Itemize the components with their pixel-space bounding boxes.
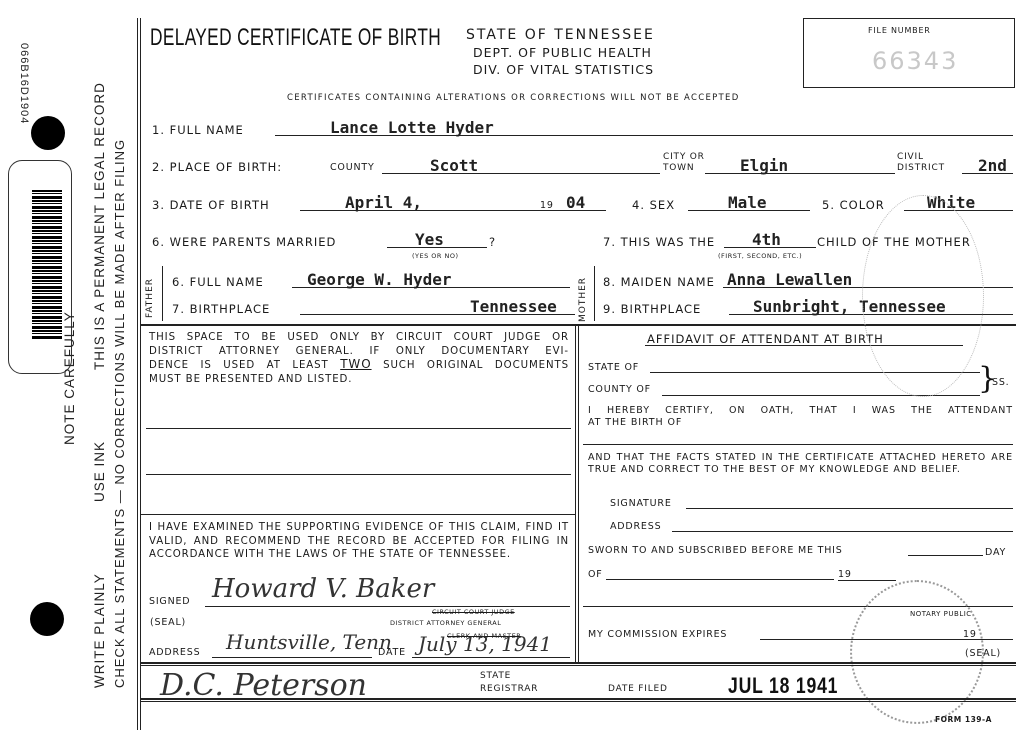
city-label-2: TOWN	[663, 163, 694, 173]
place-of-birth-label: 2. PLACE OF BIRTH:	[152, 160, 282, 174]
of-label: OF	[588, 569, 603, 580]
use-ink: USE INK	[92, 441, 107, 502]
county-value: Scott	[430, 156, 478, 175]
father-birthplace-label: 7. BIRTHPLACE	[172, 302, 270, 316]
court-instructions: THIS SPACE TO BE USED ONLY BY CIRCUIT CO…	[149, 331, 569, 386]
father-name-value: George W. Hyder	[307, 270, 452, 289]
judge-signature: Howard V. Baker	[212, 574, 434, 604]
notary-stamp	[850, 580, 984, 724]
mother-name-label: 8. MAIDEN NAME	[603, 275, 715, 289]
city-value: Elgin	[740, 156, 788, 175]
parents-married-label: 6. WERE PARENTS MARRIED	[152, 235, 336, 249]
seal-label: (SEAL)	[150, 617, 186, 628]
form-left-border-inner	[140, 18, 141, 730]
sex-label: 4. SEX	[632, 198, 675, 212]
child-order-label: 7. THIS WAS THE	[603, 235, 715, 249]
barcode	[32, 190, 62, 340]
mother-side-label: MOTHER	[578, 277, 588, 322]
day-label: DAY	[985, 547, 1006, 558]
div-title: DIV. OF VITAL STATISTICS	[473, 62, 654, 77]
father-name-label: 6. FULL NAME	[172, 275, 264, 289]
no-corrections-notice: CHECK ALL STATEMENTS — NO CORRECTIONS WI…	[112, 139, 127, 688]
permanent-record-notice: THIS IS A PERMANENT LEGAL RECORD	[92, 82, 107, 370]
date-of-birth-value: April 4,	[345, 193, 422, 212]
district-label-1: CIVIL	[897, 152, 924, 162]
court-date-value: July 13, 1941	[418, 632, 552, 656]
court-date-label: DATE	[378, 647, 406, 658]
affidavit-signature-label: SIGNATURE	[610, 498, 672, 509]
commission-label: MY COMMISSION EXPIRES	[588, 629, 727, 640]
affidavit-title: AFFIDAVIT OF ATTENDANT AT BIRTH	[647, 332, 884, 346]
parents-married-value: Yes	[415, 230, 444, 249]
affidavit-state-label: STATE OF	[588, 362, 639, 373]
sworn-label: SWORN TO AND SUBSCRIBED BEFORE ME THIS	[588, 545, 843, 556]
affidavit-address-label: ADDRESS	[610, 521, 661, 532]
father-side-label: FATHER	[145, 278, 155, 318]
mother-birthplace-label: 9. BIRTHPLACE	[603, 302, 701, 316]
file-number-value: 66343	[872, 47, 958, 75]
mother-name-value: Anna Lewallen	[727, 270, 852, 289]
full-name-label: 1. FULL NAME	[152, 123, 244, 137]
affidavit-county-label: COUNTY OF	[588, 384, 651, 395]
court-section-right-border	[575, 326, 576, 662]
district-value: 2nd	[978, 156, 1007, 175]
district-label-2: DISTRICT	[897, 163, 945, 173]
file-number-label: FILE NUMBER	[868, 26, 931, 35]
state-registrar-label-1: STATE	[480, 671, 511, 681]
court-address-label: ADDRESS	[149, 647, 200, 658]
affidavit-certify-2: AT THE BIRTH OF	[588, 416, 1013, 430]
form-left-border	[137, 18, 138, 730]
punch-hole-top	[31, 116, 65, 150]
title-district-attorney: DISTRICT ATTORNEY GENERAL	[390, 619, 501, 627]
court-examined-statement: I HAVE EXAMINED THE SUPPORTING EVIDENCE …	[149, 521, 569, 562]
certificate-title: DELAYED CERTIFICATE OF BIRTH	[150, 24, 441, 52]
form-number: FORM 139-A	[935, 715, 992, 724]
year-value: 04	[566, 193, 585, 212]
date-of-birth-label: 3. DATE OF BIRTH	[152, 198, 270, 212]
child-order-hint: (FIRST, SECOND, ETC.)	[718, 252, 802, 260]
parents-married-hint: (YES OR NO)	[412, 252, 459, 260]
title-circuit-court-judge: CIRCUIT COURT JUDGE	[432, 608, 515, 616]
color-label: 5. COLOR	[822, 198, 885, 212]
dept-title: DEPT. OF PUBLIC HEALTH	[473, 45, 652, 60]
affidavit-facts: AND THAT THE FACTS STATED IN THE CERTIFI…	[588, 452, 1013, 476]
father-birthplace-value: Tennessee	[470, 297, 557, 316]
alterations-notice: CERTIFICATES CONTAINING ALTERATIONS OR C…	[287, 93, 740, 103]
registrar-stamp	[862, 195, 984, 397]
barcode-number: 066B16D1904	[18, 43, 30, 124]
write-plainly: WRITE PLAINLY	[92, 573, 107, 688]
state-registrar-label-2: REGISTRAR	[480, 684, 538, 694]
two-emphasis: TWO	[340, 357, 371, 371]
year-prefix: 19	[540, 200, 554, 211]
punch-hole-bottom	[30, 602, 64, 636]
sex-value: Male	[728, 193, 767, 212]
child-order-value: 4th	[752, 230, 781, 249]
county-label: COUNTY	[330, 162, 375, 173]
file-number-box: FILE NUMBER 66343	[803, 18, 1015, 88]
ss-label: SS.	[992, 377, 1009, 388]
date-filed-value: JUL 18 1941	[728, 673, 838, 699]
parents-married-q: ?	[489, 235, 496, 249]
state-title: STATE OF TENNESSEE	[466, 27, 655, 43]
affidavit-year-prefix: 19	[838, 569, 852, 580]
signed-label: SIGNED	[149, 596, 190, 607]
footer-top-line	[140, 662, 1016, 664]
date-filed-label: DATE FILED	[608, 684, 668, 694]
court-address-value: Huntsville, Tenn	[226, 630, 392, 654]
full-name-value: Lance Lotte Hyder	[330, 118, 494, 137]
note-carefully: NOTE CAREFULLY	[62, 311, 77, 445]
city-label-1: CITY OR	[663, 152, 705, 162]
